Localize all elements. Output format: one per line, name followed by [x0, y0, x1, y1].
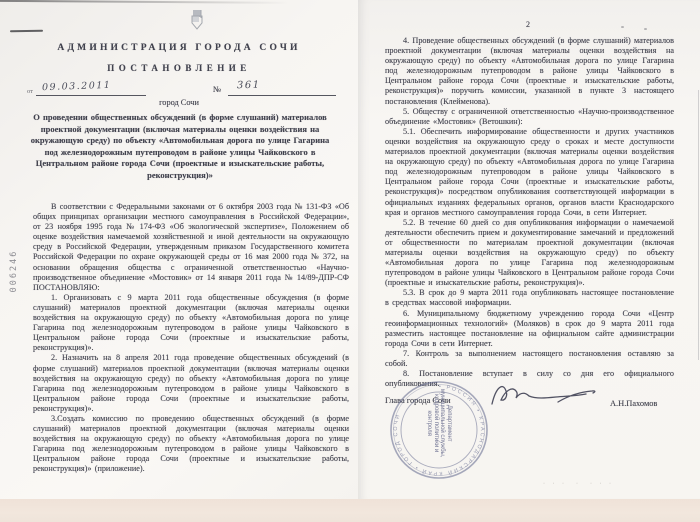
place-label: город Сочи [14, 98, 344, 107]
paragraph-intro: В соответствии с Федеральными законами о… [33, 202, 349, 293]
scan-dot-artifact [644, 28, 647, 30]
scan-edge-artifact [698, 90, 699, 360]
signature-autograph-icon [486, 378, 601, 419]
page-1: 006246 АДМИНИСТРАЦИЯ ГОРОДА СОЧИ ПОСТАНО… [0, 0, 358, 500]
document-type-heading: ПОСТАНОВЛЕНИЕ [14, 63, 344, 73]
paragraph-5-3: 5.3. В срок до 9 марта 2011 года опублик… [385, 288, 674, 308]
date-prefix-label: от [27, 88, 33, 95]
document-title: О проведении общественных обсуждений (в … [28, 112, 332, 181]
paragraph-1: 1. Организовать с 9 марта 2011 года обще… [33, 293, 349, 354]
page-number: 2 [526, 20, 530, 29]
scan-dot-artifact [621, 26, 624, 28]
number-underline [228, 95, 336, 96]
paragraph-7: 7. Контроль за выполнением настоящего по… [385, 349, 674, 369]
paragraph-4: 4. Проведение общественных обсуждений (в… [385, 36, 674, 107]
paragraph-5-1: 5.1. Обеспечить информирование обществен… [385, 127, 674, 218]
scan-smudge-artifact: · · · · · · · [543, 481, 614, 487]
handwritten-date: 09.03.2011 [42, 80, 112, 93]
number-prefix-label: № [213, 84, 221, 94]
handwritten-number: 361 [237, 80, 261, 91]
coat-of-arms-icon [188, 9, 204, 36]
paragraph-5: 5. Обществу с ограниченной ответственнос… [385, 107, 674, 127]
paragraph-5-2: 5.2. В течение 60 дней со дня опубликова… [385, 218, 674, 289]
registration-number-vertical: 006246 [9, 239, 19, 303]
scanner-bed-strip [0, 499, 700, 522]
page-1-body: В соответствии с Федеральными законами о… [33, 202, 349, 475]
signatory-name: А.Н.Пахомов [610, 399, 657, 408]
date-underline [36, 95, 146, 96]
paragraph-2: 2. Назначить на 8 апреля 2011 года прове… [33, 353, 349, 414]
scan-edge-artifact [0, 0, 340, 4]
paragraph-3: 3.Создать комиссию по проведению обществ… [33, 414, 349, 475]
scanned-document: { "left_page": { "side_number": "006246"… [0, 0, 700, 522]
paragraph-6: 6. Муниципальному бюджетному учреждению … [385, 309, 674, 349]
page-2-body: 4. Проведение общественных обсуждений (в… [385, 36, 674, 389]
page-2: 2 4. Проведение общественных обсуждений … [358, 0, 700, 500]
organization-name: АДМИНИСТРАЦИЯ ГОРОДА СОЧИ [14, 43, 344, 53]
scan-dash-artifact [10, 30, 43, 33]
seal-center-text: Департамент муниципальной службы, кадров… [426, 386, 452, 460]
